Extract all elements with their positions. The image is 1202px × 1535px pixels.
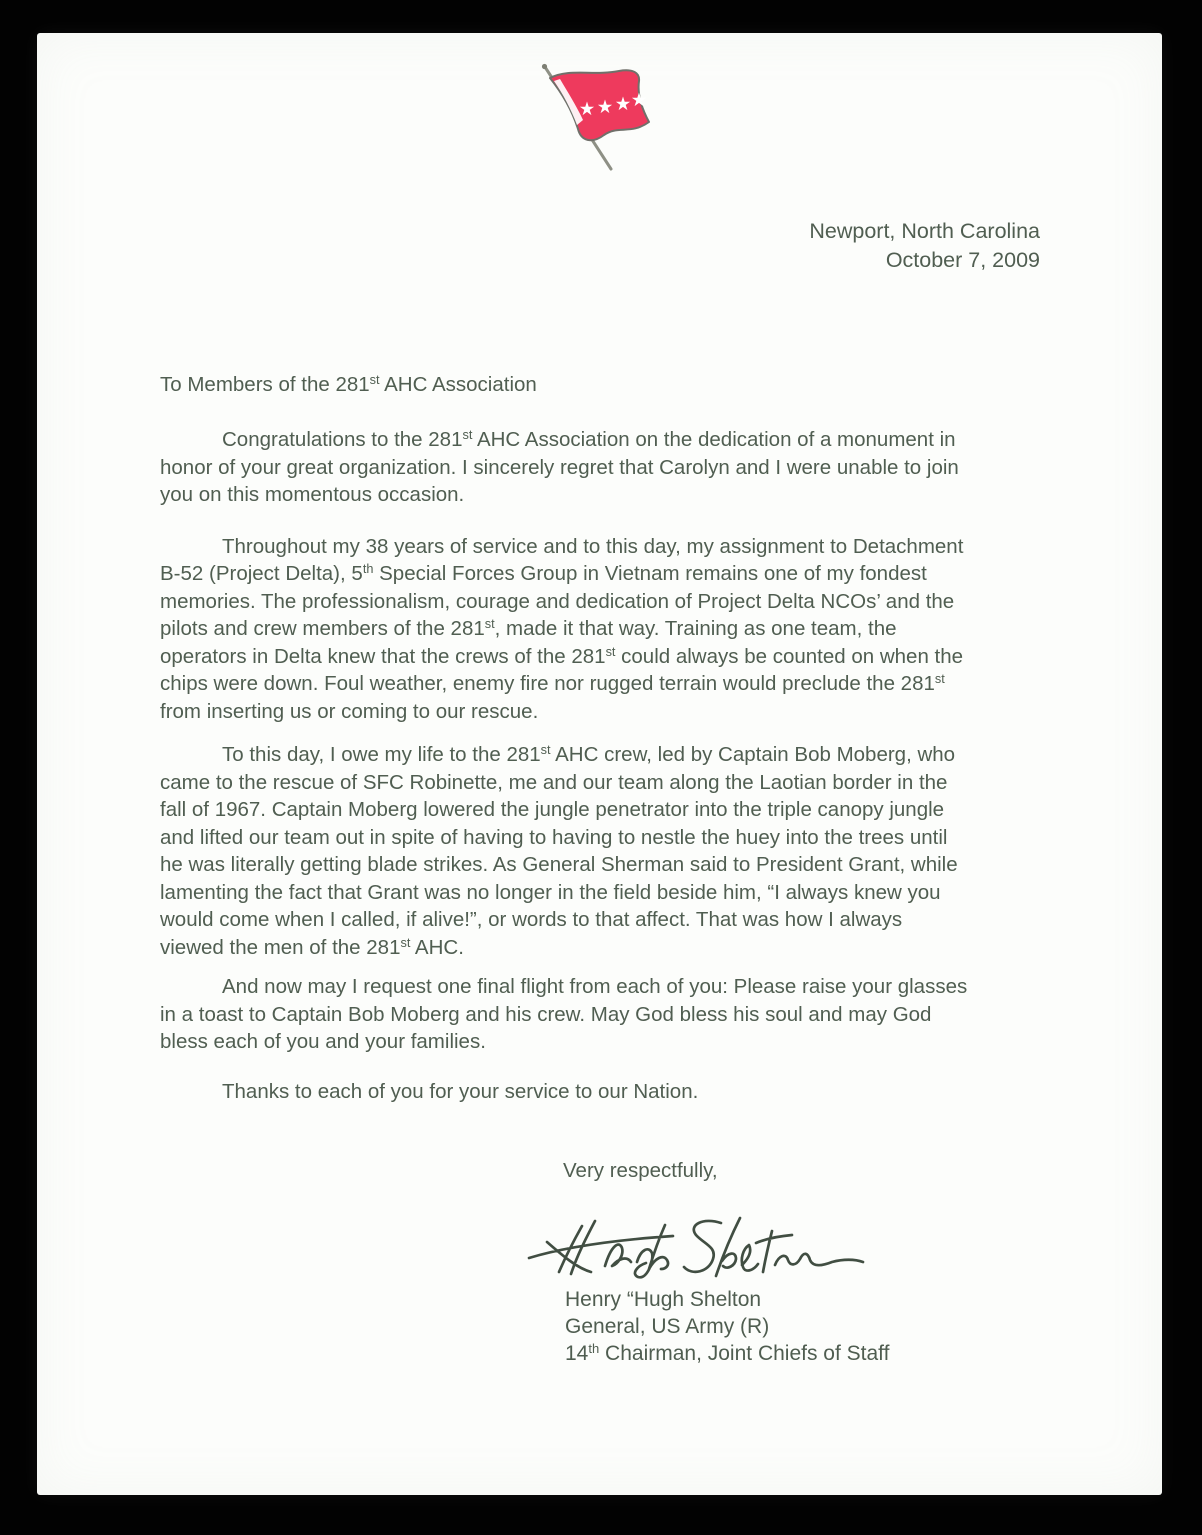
letter-body: To Members of the 281st AHC Association …	[37, 371, 1162, 1105]
letter-paragraph-3: To this day, I owe my life to the 281st …	[160, 741, 1092, 961]
four-star-general-flag-icon	[533, 63, 691, 177]
signer-rank: General, US Army (R)	[565, 1313, 1162, 1340]
dateline-date: October 7, 2009	[37, 246, 1040, 275]
scanned-letter-screenshot: { "letterhead": { "icon": "four-star-gen…	[0, 0, 1202, 1535]
letter-paragraph-2: Throughout my 38 years of service and to…	[160, 533, 1092, 726]
signature-stroke	[529, 1218, 863, 1277]
letter-paragraph-4: And now may I request one final flight f…	[160, 973, 1092, 1056]
closing-valediction: Very respectfully,	[37, 1157, 1162, 1184]
letter-paragraph-1: Congratulations to the 281st AHC Associa…	[160, 426, 1092, 509]
signature-block: Henry “Hugh Shelton General, US Army (R)…	[565, 1286, 1162, 1367]
salutation-line: To Members of the 281st AHC Association	[160, 371, 1092, 398]
flagpole-tip	[541, 64, 546, 69]
signer-title: 14th Chairman, Joint Chiefs of Staff	[565, 1340, 1162, 1367]
signer-name: Henry “Hugh Shelton	[565, 1286, 1162, 1313]
signature-handwriting	[525, 1216, 870, 1286]
letter-paragraph-5: Thanks to each of you for your service t…	[160, 1078, 1092, 1106]
dateline-location: Newport, North Carolina	[37, 217, 1040, 246]
dateline: Newport, North Carolina October 7, 2009	[37, 217, 1162, 275]
letter-page: Newport, North Carolina October 7, 2009 …	[37, 33, 1162, 1495]
